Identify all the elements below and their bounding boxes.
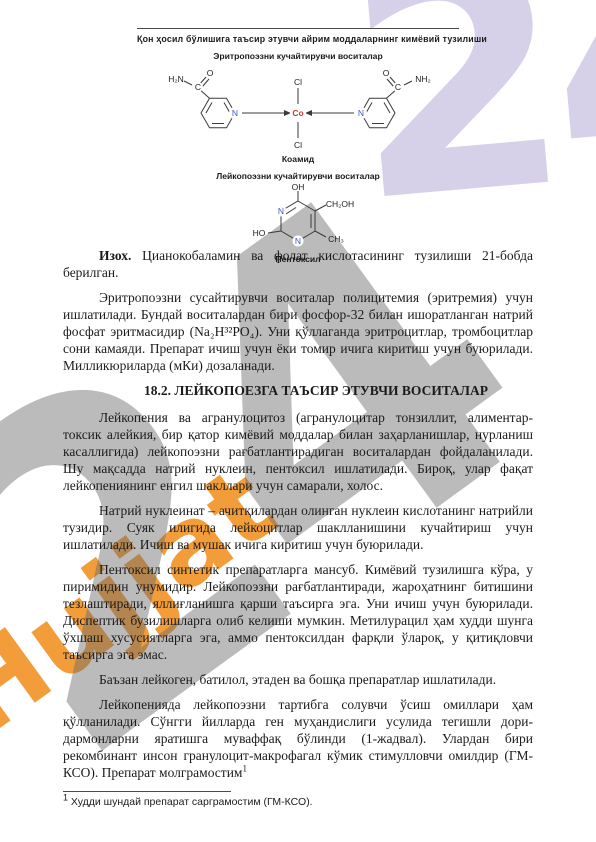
footnote: 1 Худди шундай препарат сарграмостим (ГМ… [63,796,533,809]
atom-label-n-bottom: N [295,236,301,246]
coamide-caption: Коамид [137,154,459,164]
body-text-column: Изох. Цианокобаламин ва фолат кислотасин… [63,247,533,809]
footnote-text: Худди шундай препарат сарграмостим (ГМ-К… [68,796,313,808]
atom-label-ch3: CH₃ [328,234,344,244]
note-paragraph: Изох. Цианокобаламин ва фолат кислотасин… [63,247,533,281]
atom-label-n-top-left: N [278,206,284,216]
chemical-structures-figure: Қон ҳосил бўлишига таъсир этувчи айрим м… [137,28,459,264]
section-heading: 18.2. ЛЕЙКОПОЕЗГА ТАЪСИР ЭТУВЧИ ВОСИТАЛА… [63,382,533,399]
atom-label-cl-top: Cl [294,77,302,87]
atom-label-o-right: O [383,68,390,78]
atom-label-nh2: NH₂ [415,74,431,84]
paragraph-erythropoiesis-suppressants: Эритропоэзни сусайтирувчи воситалар поли… [63,289,533,374]
atom-label-c-right: C [395,82,401,92]
atom-label-h2n: H₂N [168,74,184,84]
atom-label-c-left: C [195,82,201,92]
coamide-structure-diagram: H₂N C O N Cl Co Cl N C O NH₂ [138,61,458,153]
note-text: Цианокобаламин ва фолат кислотасининг ту… [63,248,533,280]
atom-label-ho-left: HO [253,228,266,238]
paragraph-sodium-nucleinate: Натрий нуклеинат – ачитқилардан олинган … [63,502,533,553]
atom-label-n-right: N [358,108,364,118]
paragraph-leukopenia: Лейкопения ва агранулоцитоз (агранулоцит… [63,409,533,494]
paragraph-growth-factors-text: Лейкопенияда лейкопоэзни тартибга солувч… [63,697,533,780]
pentoxyl-structure-diagram: OH CH₂OH N HO N CH₃ [138,181,458,253]
erythropoiesis-group-label: Эритропоэзни кучайтирувчи воситалар [137,51,459,61]
atom-label-n-left: N [232,108,238,118]
atom-label-cl-bottom: Cl [294,140,302,150]
footnote-reference-marker: 1 [242,764,247,774]
atom-label-o-left: O [207,68,214,78]
footnote-separator [63,791,231,792]
note-label: Изох. [99,248,131,263]
paragraph-other-drugs: Баъзан лейкоген, батилол, этаден ва бошқ… [63,671,533,688]
atom-label-oh-top: OH [292,182,305,192]
leukopoiesis-group-label: Лейкопоэзни кучайтирувчи воситалар [137,171,459,181]
paragraph-growth-factors: Лейкопенияда лейкопоэзни тартибга солувч… [63,696,533,781]
atom-label-ch2oh: CH₂OH [326,199,354,209]
figure-title: Қон ҳосил бўлишига таъсир этувчи айрим м… [137,34,459,44]
atom-label-co: Co [292,108,303,118]
paragraph-pentoxyl: Пентоксил синтетик препаратларга мансуб.… [63,561,533,663]
document-page: Hujjat 24 24 Қон ҳосил бўлишига таъсир э… [0,0,596,842]
